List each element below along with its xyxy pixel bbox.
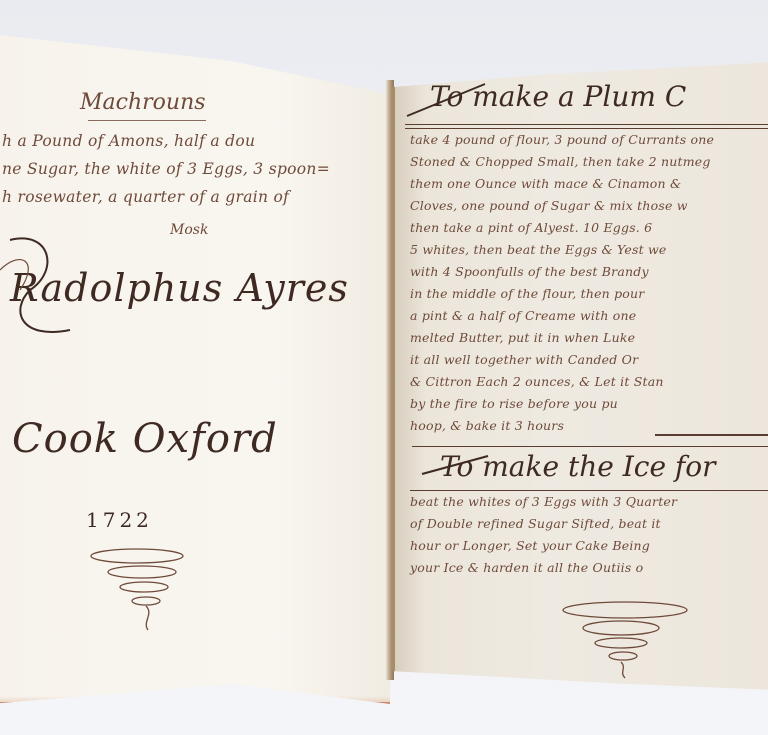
recipe-line: Stoned & Chopped Small, then take 2 nutm… [410, 154, 711, 169]
recipe-line: them one Ounce with mace & Cinamon & [410, 176, 681, 191]
recipe-line: your Ice & harden it all the Outiis o [410, 560, 643, 575]
recipe-line: of Double refined Sugar Sifted, beat it [410, 516, 661, 531]
recipe-line: in the middle of the flour, then pour [410, 286, 644, 301]
owner-occupation-place: Cook Oxford [12, 416, 278, 462]
spiral-flourish-icon [555, 600, 695, 680]
title-rule [405, 128, 768, 129]
recipe-line: then take a pint of Alyest. 10 Eggs. 6 [410, 220, 652, 235]
recipe-line: a pint & a half of Creame with one [410, 308, 636, 323]
recipe-line: 5 whites, then beat the Eggs & Yest we [410, 242, 667, 257]
year: 1722 [86, 508, 153, 532]
recipe-line: Cloves, one pound of Sugar & mix those w [410, 198, 688, 213]
spiral-flourish-icon [82, 544, 192, 644]
recipe-line: take 4 pound of flour, 3 pound of Curran… [410, 132, 714, 147]
title-rule [410, 490, 768, 491]
title-rule [405, 124, 768, 125]
recipe-line: ne Sugar, the white of 3 Eggs, 3 spoon= [2, 160, 330, 178]
title-rule [412, 446, 768, 447]
recipe-title-plum-cake: To make a Plum C [430, 80, 686, 113]
left-page: Machrouns h a Pound of Amons, half a dou… [0, 34, 390, 704]
recipe-line: by the fire to rise before you pu [410, 396, 618, 411]
recipe-line: it all well together with Canded Or [410, 352, 638, 367]
recipe-title-ice: To make the Ice for [440, 450, 716, 483]
recipe-line: hour or Longer, Set your Cake Being [410, 538, 650, 553]
signature-flourish-icon [0, 230, 110, 350]
recipe-line: Mosk [170, 222, 208, 238]
recipe-title-machrouns: Machrouns [80, 90, 206, 115]
recipe-line: melted Butter, put it in when Luke [410, 330, 635, 345]
recipe-line: beat the whites of 3 Eggs with 3 Quarter [410, 494, 677, 509]
title-underline [88, 120, 206, 121]
recipe-line: hoop, & bake it 3 hours [410, 418, 564, 433]
end-rule [655, 434, 768, 436]
recipe-line: & Cittron Each 2 ounces, & Let it Stan [410, 374, 664, 389]
recipe-line: h a Pound of Amons, half a dou [2, 132, 255, 150]
recipe-line: h rosewater, a quarter of a grain of [2, 188, 289, 206]
recipe-line: with 4 Spoonfulls of the best Brandy [410, 264, 649, 279]
